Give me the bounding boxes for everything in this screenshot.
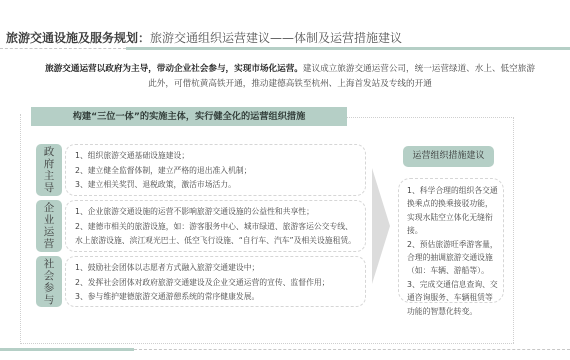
title-subtitle: 旅游交通组织运营建议——体制及运营措施建议 [150,31,402,45]
list-item: 2、建德市相关的旅游设施，如：游客服务中心、城市绿道、旅游客运公交专线、 [75,220,365,235]
list-item: 1、科学合理的组织各交通换乘点的换乘接驳功能，实现水陆空立体化无缝衔接。 [407,184,499,238]
arrow-right-icon [372,168,390,284]
label-char: 政 [44,146,55,158]
list-item: 3、建立相关奖罚、退税政策，激活市场活力。 [75,178,365,193]
title-separator: ： [138,31,150,45]
label-char: 与 [44,294,55,306]
label-char: 企 [44,202,55,214]
group-enterprise-operation: 企 业 运 营 1、企业旅游交通设施的运营不影响旅游交通设施的公益性和共享性； … [36,200,366,252]
list-item: 2、预估旅游旺季游客量，合理的抽调旅游交通设施（如：车辆、游船等）。 [407,238,499,278]
intro-line-1: 旅游交通运营以政府为主导，带动企业社会参与，实现市场化运营。建议成立旅游交通运营… [20,62,560,77]
intro-rest: 建议成立旅游交通运营公司，统一运营绿道、水上、低空旅游 [303,64,535,74]
group-content: 1、鼓励社会团体以志愿者方式融入旅游交通建设中； 2、发挥社会团体对政府旅游交通… [65,256,366,307]
list-item: 2、发挥社会团体对政府旅游交通建设及企业交通运营的宣传、监督作用； [75,276,365,291]
label-char: 导 [44,182,55,194]
group-government-led: 政 府 主 导 1、组织旅游交通基础设施建设； 2、建立健全监督体制，建立严格的… [36,144,366,196]
list-item: 1、组织旅游交通基础设施建设； [75,149,365,164]
page-title: 旅游交通设施及服务规划：旅游交通组织运营建议——体制及运营措施建议 [6,30,402,46]
title-main: 旅游交通设施及服务规划 [6,31,138,45]
right-section-header: 运营组织措施建议 [403,146,494,167]
group-content: 1、企业旅游交通设施的运营不影响旅游交通设施的公益性和共享性； 2、建德市相关的… [65,200,366,252]
label-char: 会 [44,270,55,282]
label-char: 府 [44,158,55,170]
list-item: 1、企业旅游交通设施的运营不影响旅游交通设施的公益性和共享性； [75,205,365,220]
label-char: 业 [44,214,55,226]
footer-divider-accent [0,348,134,351]
frame-border-right [513,117,514,343]
intro-paragraph: 旅游交通运营以政府为主导，带动企业社会参与，实现市场化运营。建议成立旅游交通运营… [20,62,560,92]
title-divider-dashed [0,48,126,49]
frame-border-top [346,117,514,118]
list-item: 2、建立健全监督体制，建立严格的退出准入机制； [75,164,365,179]
right-section-content: 1、科学合理的组织各交通换乘点的换乘接驳功能，实现水陆空立体化无缝衔接。 2、预… [398,178,504,303]
list-item: 3、参与维护建德旅游交通游憩系统的常序健康发展。 [75,290,365,305]
group-content: 1、组织旅游交通基础设施建设； 2、建立健全监督体制，建立严格的退出准入机制； … [65,144,366,196]
footer-divider-dashed [134,349,570,350]
frame-border-bottom [20,343,514,344]
intro-line-2: 此外，可借杭黄高铁开通，推动建德高铁至杭州、上海首发站及专线的开通 [20,77,560,92]
label-char: 参 [44,282,55,294]
group-social-participation: 社 会 参 与 1、鼓励社会团体以志愿者方式融入旅游交通建设中； 2、发挥社会团… [36,256,366,307]
frame-border-left [20,114,21,344]
label-char: 主 [44,170,55,182]
label-char: 社 [44,258,55,270]
label-char: 营 [44,238,55,250]
group-label: 政 府 主 导 [36,144,62,196]
title-divider-accent [126,47,570,50]
left-section-header: 构建“三位一体”的实施主体，实行健全化的运营组织措施 [31,107,347,126]
list-item: 1、鼓励社会团体以志愿者方式融入旅游交通建设中； [75,261,365,276]
list-item: 3、完成交通信息查询、交通咨询服务、车辆租赁等功能的智慧化转变。 [407,278,499,318]
label-char: 运 [44,226,55,238]
group-label: 企 业 运 营 [36,200,62,252]
intro-bold-lead: 旅游交通运营以政府为主导，带动企业社会参与，实现市场化运营。 [45,64,303,74]
group-label: 社 会 参 与 [36,256,62,307]
list-item: 水上旅游设施、滨江观光巴士、低空飞行设施、“自行车、汽车”及相关设施租赁。 [75,234,365,249]
